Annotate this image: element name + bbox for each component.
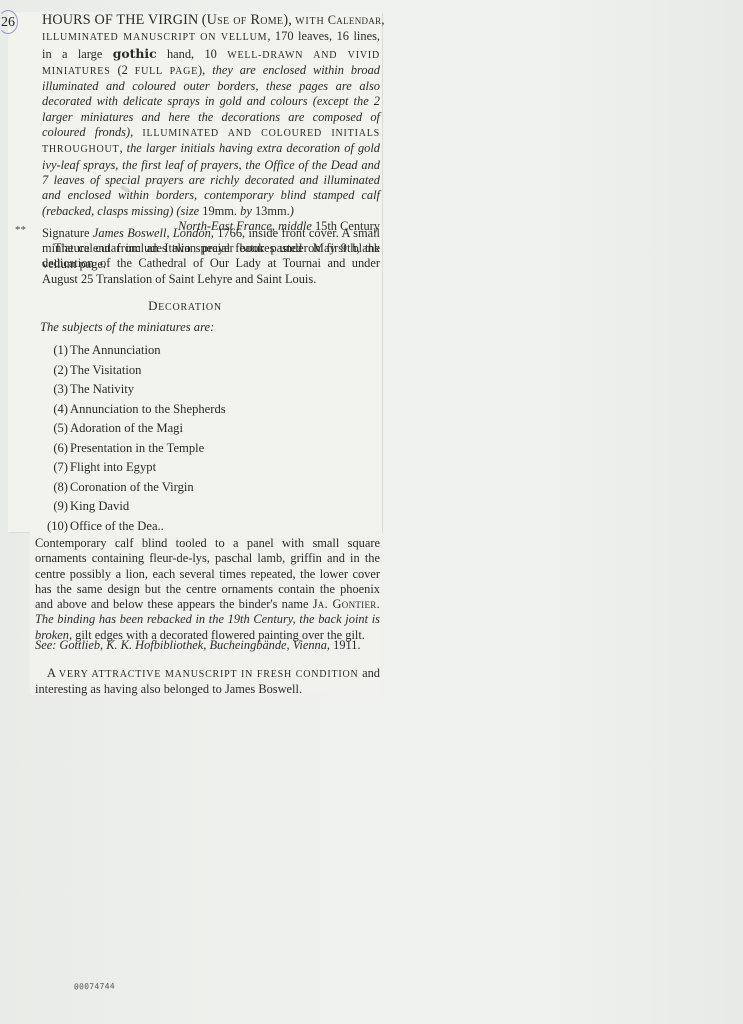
miniature-number: (8) — [36, 478, 70, 496]
binder-name: Ja. Gontier. — [313, 597, 380, 611]
script-type: gothic — [113, 46, 157, 61]
miniature-subject: The Visitation — [70, 361, 141, 379]
signature-name: James Boswell, London, — [93, 226, 214, 240]
use-label: Use of Rome — [207, 12, 284, 28]
miniature-item: (7)Flight into Egypt — [36, 458, 336, 478]
bibliographic-reference: See: Gottlieb, K. K. Hofbibliothek, Buch… — [35, 638, 380, 653]
lot-number: 26 — [1, 13, 23, 33]
miniature-subject: Adoration of the Magi — [70, 419, 183, 437]
miniature-item: (9)King David — [36, 497, 336, 517]
miniature-number: (10) — [36, 517, 70, 535]
provenance-marker: ** — [15, 226, 29, 235]
miniature-item: (1)The Annunciation — [36, 341, 336, 361]
miniature-subject: Office of the Dea.. — [70, 517, 164, 535]
miniature-number: (3) — [36, 380, 70, 398]
miniature-subject: Annunciation to the Shepherds — [70, 400, 226, 418]
shelfmark-number: 00074744 — [74, 982, 115, 992]
miniature-item: (2)The Visitation — [36, 361, 336, 381]
miniature-subject: King David — [70, 497, 129, 515]
miniature-item: (4)Annunciation to the Shepherds — [36, 400, 336, 420]
miniature-number: (2) — [36, 361, 70, 379]
miniature-number: (6) — [36, 439, 70, 457]
miniature-number: (5) — [36, 419, 70, 437]
miniature-number: (4) — [36, 400, 70, 418]
miniature-subject: Coronation of the Virgin — [70, 478, 194, 496]
miniature-item: (10)Office of the Dea.. — [36, 517, 336, 537]
miniature-number: (7) — [36, 458, 70, 476]
miniature-item: (5)Adoration of the Magi — [36, 419, 336, 439]
decoration-heading: Decoration — [40, 298, 330, 314]
miniature-number: (1) — [36, 341, 70, 359]
miniature-item: (8)Coronation of the Virgin — [36, 478, 336, 498]
miniature-subject: Presentation in the Temple — [70, 439, 204, 457]
miniatures-intro: The subjects of the miniatures are: — [40, 320, 214, 335]
miniature-subject: The Nativity — [70, 380, 134, 398]
miniatures-list: (1)The Annunciation(2)The Visitation(3)T… — [36, 341, 336, 536]
miniature-item: (3)The Nativity — [36, 380, 336, 400]
binding-description: Contemporary calf blind tooled to a pane… — [35, 536, 380, 643]
miniature-item: (6)Presentation in the Temple — [36, 439, 336, 459]
lot-title: HOURS OF THE VIRGIN — [42, 12, 198, 28]
miniature-subject: The Annunciation — [70, 341, 161, 359]
calendar-note: The calendar includes two special featur… — [42, 241, 380, 287]
miniature-subject: Flight into Egypt — [70, 458, 156, 476]
lot-description: HOURS OF THE VIRGIN (Use of Rome), with … — [42, 13, 380, 234]
lot-title-line: HOURS OF THE VIRGIN (Use of Rome), with … — [42, 13, 380, 29]
miniature-number: (9) — [36, 497, 70, 515]
lot-summary: A very attractive manuscript in fresh co… — [35, 666, 380, 698]
